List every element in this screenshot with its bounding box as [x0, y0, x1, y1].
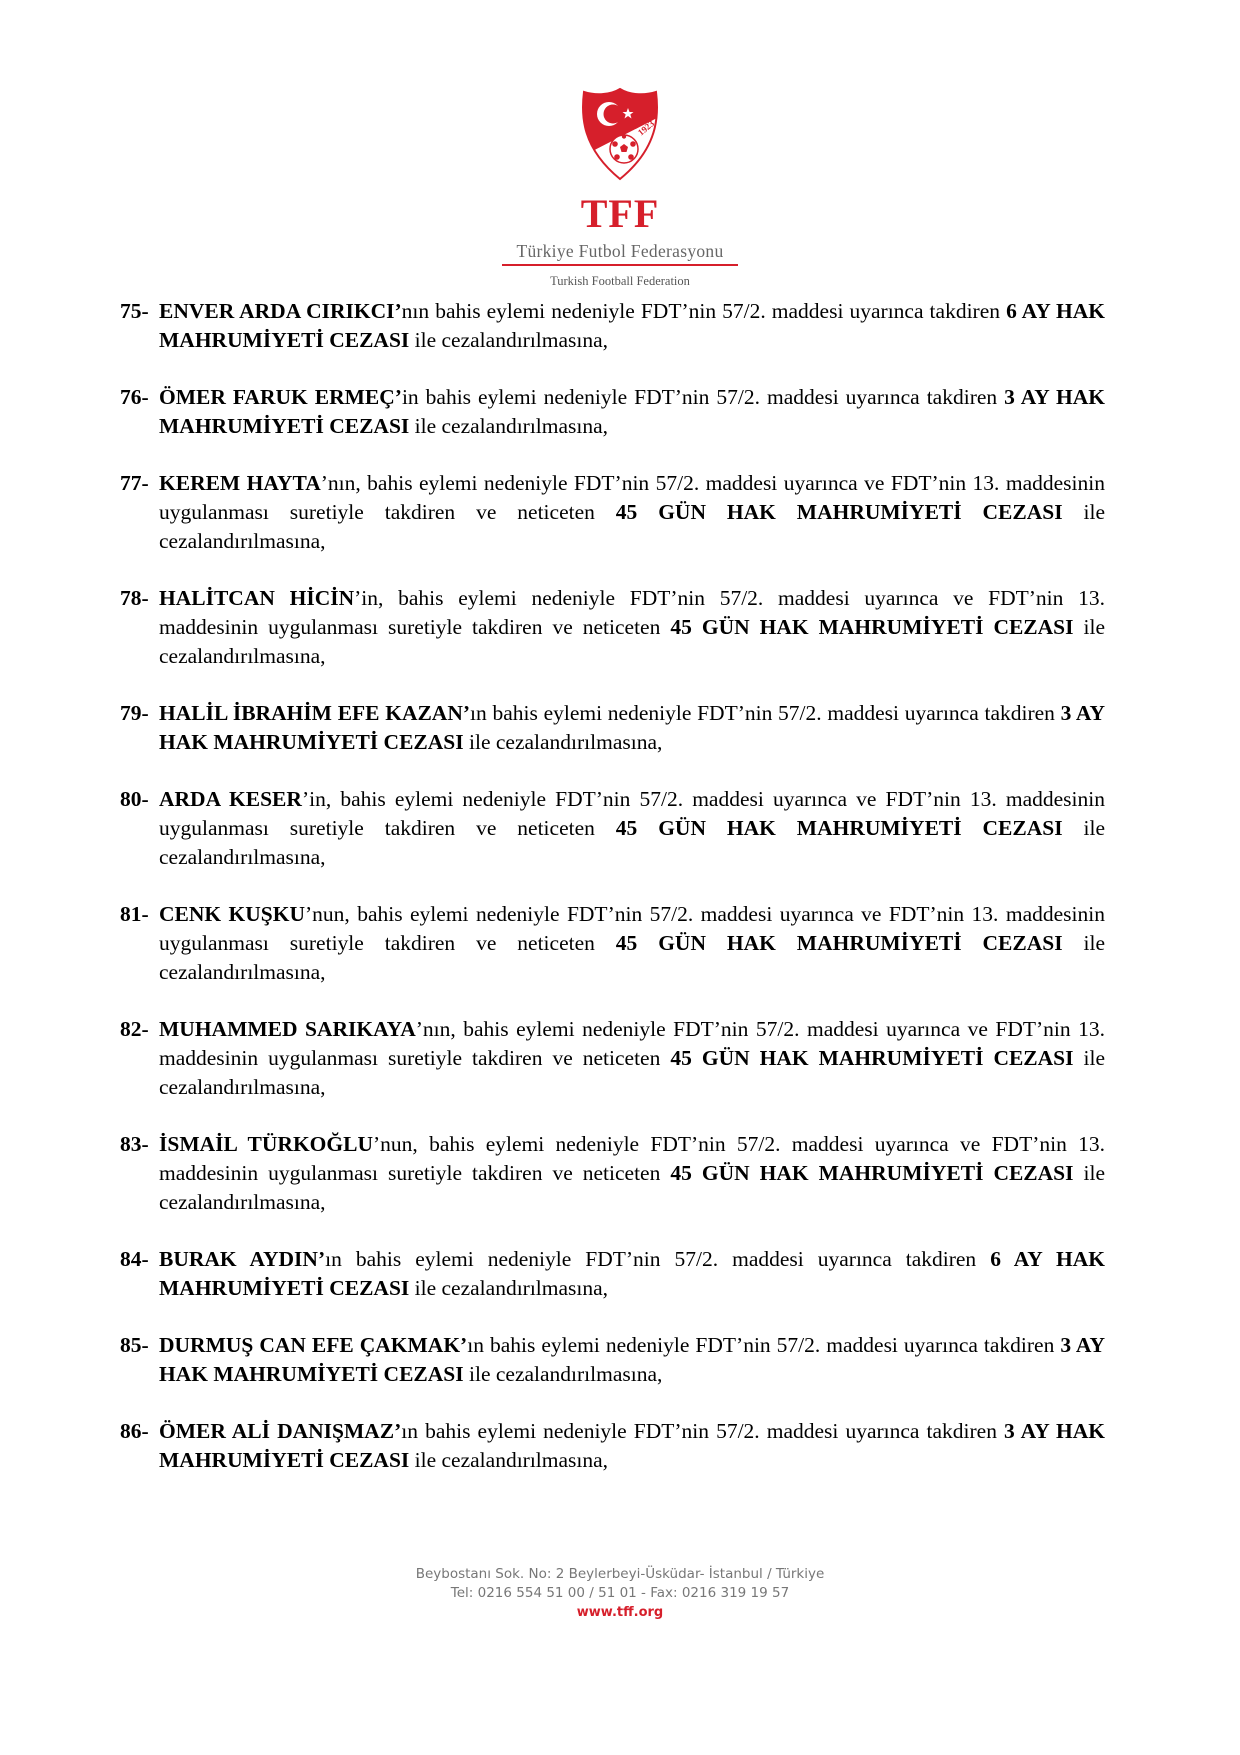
tff-logo: 1923 TFF Türkiye Futbol Federasyonu Turk…: [480, 86, 760, 289]
decision-text-end: ile cezalandırılmasına,: [409, 414, 608, 438]
penalty: 45 GÜN HAK MAHRUMİYETİ CEZASI: [616, 816, 1063, 840]
item-number: 82-: [120, 1015, 149, 1044]
decision-item: 75-ENVER ARDA CIRIKCI’nın bahis eylemi n…: [120, 297, 1105, 355]
document-page: 1923 TFF Türkiye Futbol Federasyonu Turk…: [0, 0, 1240, 1755]
item-number: 79-: [120, 699, 149, 728]
item-number: 75-: [120, 297, 149, 326]
item-number: 85-: [120, 1331, 149, 1360]
player-name: BURAK AYDIN’: [159, 1247, 325, 1271]
item-number: 83-: [120, 1130, 149, 1159]
item-number: 84-: [120, 1245, 149, 1274]
federation-name-en: Turkish Football Federation: [480, 273, 760, 289]
decision-item: 84-BURAK AYDIN’ın bahis eylemi nedeniyle…: [120, 1245, 1105, 1303]
decision-list: 75-ENVER ARDA CIRIKCI’nın bahis eylemi n…: [120, 297, 1105, 1503]
decision-item: 81-CENK KUŞKU’nun, bahis eylemi nedeniyl…: [120, 900, 1105, 987]
decision-item: 79-HALİL İBRAHİM EFE KAZAN’ın bahis eyle…: [120, 699, 1105, 757]
item-number: 78-: [120, 584, 149, 613]
decision-text-end: ile cezalandırılmasına,: [409, 328, 608, 352]
decision-text: ın bahis eylemi nedeniyle FDT’nin 57/2. …: [470, 701, 1061, 725]
item-number: 86-: [120, 1417, 149, 1446]
player-name: HALİTCAN HİCİN: [159, 586, 354, 610]
item-number: 80-: [120, 785, 149, 814]
decision-text: ın bahis eylemi nedeniyle FDT’nin 57/2. …: [467, 1333, 1060, 1357]
decision-item: 78-HALİTCAN HİCİN’in, bahis eylemi neden…: [120, 584, 1105, 671]
player-name: MUHAMMED SARIKAYA: [159, 1017, 416, 1041]
player-name: ÖMER FARUK ERMEÇ’: [159, 385, 402, 409]
player-name: ENVER ARDA CIRIKCI’: [159, 299, 402, 323]
player-name: ARDA KESER: [159, 787, 302, 811]
item-number: 76-: [120, 383, 149, 412]
decision-text: nın bahis eylemi nedeniyle FDT’nin 57/2.…: [402, 299, 1006, 323]
header-divider: [502, 264, 738, 266]
player-name: İSMAİL TÜRKOĞLU: [159, 1132, 373, 1156]
penalty: 45 GÜN HAK MAHRUMİYETİ CEZASI: [670, 615, 1073, 639]
decision-item: 82-MUHAMMED SARIKAYA’nın, bahis eylemi n…: [120, 1015, 1105, 1102]
player-name: KEREM HAYTA: [159, 471, 321, 495]
decision-text-end: ile cezalandırılmasına,: [464, 1362, 663, 1386]
player-name: CENK KUŞKU: [159, 902, 305, 926]
decision-item: 76-ÖMER FARUK ERMEÇ’in bahis eylemi nede…: [120, 383, 1105, 441]
tff-abbreviation: TFF: [480, 194, 760, 234]
decision-item: 83-İSMAİL TÜRKOĞLU’nun, bahis eylemi ned…: [120, 1130, 1105, 1217]
footer-website-link[interactable]: www.tff.org: [360, 1603, 880, 1623]
decision-text: ın bahis eylemi nedeniyle FDT’nin 57/2. …: [325, 1247, 990, 1271]
decision-item: 80-ARDA KESER’in, bahis eylemi nedeniyle…: [120, 785, 1105, 872]
decision-item: 85-DURMUŞ CAN EFE ÇAKMAK’ın bahis eylemi…: [120, 1331, 1105, 1389]
player-name: ÖMER ALİ DANIŞMAZ’: [159, 1419, 401, 1443]
footer-address: Beybostanı Sok. No: 2 Beylerbeyi-Üsküdar…: [360, 1565, 880, 1584]
footer-phone: Tel: 0216 554 51 00 / 51 01 - Fax: 0216 …: [360, 1584, 880, 1603]
tff-crest-icon: 1923: [579, 86, 661, 182]
decision-text: in bahis eylemi nedeniyle FDT’nin 57/2. …: [402, 385, 1004, 409]
decision-item: 77-KEREM HAYTA’nın, bahis eylemi nedeniy…: [120, 469, 1105, 556]
decision-text: ın bahis eylemi nedeniyle FDT’nin 57/2. …: [401, 1419, 1004, 1443]
penalty: 45 GÜN HAK MAHRUMİYETİ CEZASI: [670, 1046, 1073, 1070]
decision-text-end: ile cezalandırılmasına,: [464, 730, 663, 754]
penalty: 45 GÜN HAK MAHRUMİYETİ CEZASI: [616, 500, 1063, 524]
player-name: DURMUŞ CAN EFE ÇAKMAK’: [159, 1333, 467, 1357]
player-name: HALİL İBRAHİM EFE KAZAN’: [159, 701, 470, 725]
item-number: 81-: [120, 900, 149, 929]
page-footer: Beybostanı Sok. No: 2 Beylerbeyi-Üsküdar…: [360, 1565, 880, 1623]
penalty: 45 GÜN HAK MAHRUMİYETİ CEZASI: [670, 1161, 1073, 1185]
federation-name-tr: Türkiye Futbol Federasyonu: [480, 240, 760, 262]
decision-text-end: ile cezalandırılmasına,: [409, 1276, 608, 1300]
decision-text-end: ile cezalandırılmasına,: [409, 1448, 608, 1472]
penalty: 45 GÜN HAK MAHRUMİYETİ CEZASI: [616, 931, 1063, 955]
item-number: 77-: [120, 469, 149, 498]
decision-item: 86-ÖMER ALİ DANIŞMAZ’ın bahis eylemi ned…: [120, 1417, 1105, 1475]
